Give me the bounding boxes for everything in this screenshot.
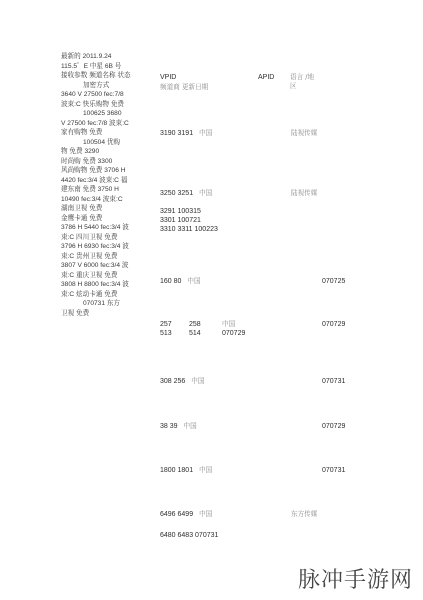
date-value: 070729: [222, 329, 245, 338]
param-line: 家有购物 免费: [61, 128, 157, 138]
param-line: 3640 V 27500 fec:7/8: [61, 90, 157, 100]
param-line: 束:C 重庆卫视 免费: [61, 271, 157, 281]
pid-values: 3250 3251: [160, 189, 193, 198]
provider-value: 东方传媒: [291, 510, 317, 519]
region-value: 中国: [191, 377, 204, 386]
param-line: 100625 3680: [61, 109, 157, 119]
param-line: 束:C 贵州卫视 免费: [61, 252, 157, 262]
apid-header: APID: [258, 73, 274, 82]
vpid-value: 513: [160, 329, 172, 338]
param-line: 最新的 2011.9.24: [61, 52, 157, 62]
region-value: 中国: [222, 320, 235, 329]
region-value: 中国: [199, 510, 212, 519]
param-line: 风尚购物 免费 3706 H: [61, 166, 157, 176]
id-line: 3310 3311 100223: [160, 225, 218, 234]
date-value: 070731: [322, 377, 345, 386]
channel-parameters-column: 最新的 2011.9.24115.5゜E 中星 6B 号接收参数 频道名称 状态…: [61, 52, 157, 318]
pid-values: 3190 3191: [160, 129, 193, 138]
param-line: 金鹰卡通 免费: [61, 214, 157, 224]
param-line: 加密方式: [61, 81, 157, 91]
param-line: V 27500 fec:7/8 波束:C: [61, 119, 157, 129]
param-line: 建东南 免费 3750 H: [61, 185, 157, 195]
param-line: 070731 东方: [61, 299, 157, 309]
param-line: 物 免费 3290: [61, 147, 157, 157]
provider-value: 陆视传媒: [291, 189, 317, 198]
param-line: 湖南卫视 免费: [61, 204, 157, 214]
param-line: 4420 fec:3/4 波束:C 福: [61, 176, 157, 186]
vpid-header: VPID: [160, 73, 176, 82]
language-region-header-cont: 区: [290, 82, 297, 91]
param-line: 3796 H 6930 fec:3/4 波: [61, 242, 157, 252]
language-region-header: 语言 /地: [290, 73, 314, 82]
pid-values: 1800 1801: [160, 466, 193, 475]
param-line: 接收参数 频道名称 状态: [61, 71, 157, 81]
param-line: 10490 fec:3/4 波束:C: [61, 195, 157, 205]
region-value: 中国: [184, 422, 197, 431]
id-line: 3291 100315: [160, 207, 201, 216]
id-line: 3301 100721: [160, 216, 201, 225]
param-line: 卫视 免费: [61, 309, 157, 319]
pid-values: 160 80: [160, 277, 181, 286]
param-line: 115.5゜E 中星 6B 号: [61, 62, 157, 72]
param-line: 3786 H 5440 fec:3/4 波: [61, 223, 157, 233]
date-value: 070729: [322, 320, 345, 329]
param-line: 3807 V 6000 fec:3/4 波: [61, 261, 157, 271]
date-value: 070729: [322, 422, 345, 431]
pid-values: 38 39: [160, 422, 178, 431]
region-value: 中国: [187, 277, 200, 286]
watermark-logo: 脉冲手游网: [298, 563, 413, 594]
region-value: 中国: [199, 189, 212, 198]
param-line: 波束:C 快乐购物 免费: [61, 100, 157, 110]
region-value: 中国: [199, 466, 212, 475]
apid-value: 258: [189, 320, 201, 329]
pid-values: 308 256: [160, 377, 185, 386]
param-line: 时尚购 免费 3300: [61, 157, 157, 167]
provider-value: 陆视传媒: [291, 129, 317, 138]
provider-date-header: 频道商 更新日期: [160, 83, 208, 92]
vpid-value: 257: [160, 320, 172, 329]
date-value: 070731: [322, 466, 345, 475]
apid-value: 514: [189, 329, 201, 338]
param-line: 100504 优购: [61, 138, 157, 148]
param-line: 束:C 炫动卡通 免费: [61, 290, 157, 300]
param-line: 束:C 四川卫视 免费: [61, 233, 157, 243]
param-line: 3808 H 8800 fec:3/4 波: [61, 280, 157, 290]
pid-values: 6496 6499: [160, 510, 193, 519]
date-value: 070725: [322, 277, 345, 286]
id-line: 6480 6483 070731: [160, 531, 218, 540]
region-value: 中国: [199, 129, 212, 138]
